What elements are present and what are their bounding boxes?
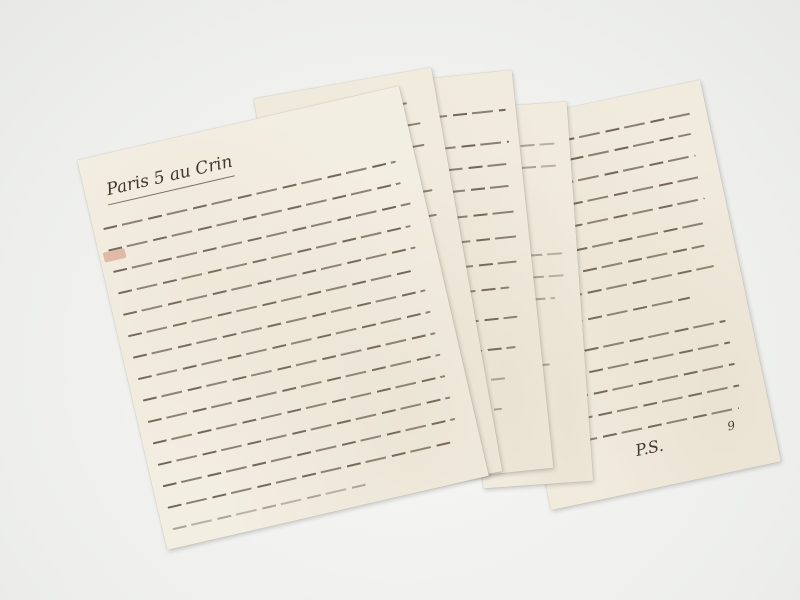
postscript-number: 9 bbox=[726, 418, 736, 433]
letter-heading: Paris 5 au Crin bbox=[105, 152, 235, 200]
postscript-mark: P.S. bbox=[634, 436, 665, 460]
red-margin-mark bbox=[103, 248, 127, 263]
